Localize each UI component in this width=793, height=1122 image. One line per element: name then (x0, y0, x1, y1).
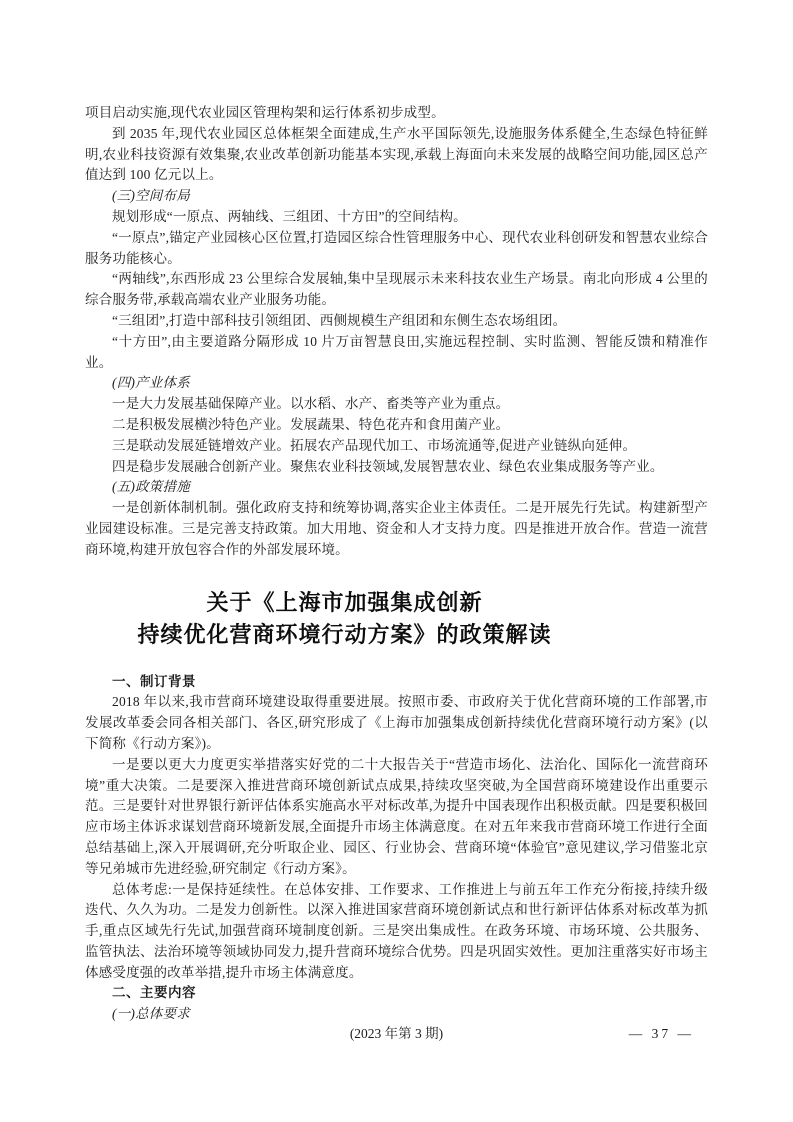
paragraph: 一是创新体制机制。强化政府支持和统筹协调,落实企业主体责任。二是开展先行先试。构… (85, 498, 708, 560)
article-title: 关于《上海市加强集成创新 持续优化营商环境行动方案》的政策解读 (33, 587, 656, 651)
paragraph: 规划形成“一原点、两轴线、三组团、十方田”的空间结构。 (85, 207, 708, 228)
subsection-heading: (三)空间布局 (85, 186, 708, 207)
article-title-line-1: 关于《上海市加强集成创新 (33, 587, 656, 619)
paragraph: “两轴线”,东西形成 23 公里综合发展轴,集中呈现展示未来科技农业生产场景。南… (85, 269, 708, 311)
subsection-heading: (四)产业体系 (85, 373, 708, 394)
paragraph: “三组团”,打造中部科技引领组团、西侧规模生产组团和东侧生态农场组团。 (85, 311, 708, 332)
subsection-heading: (一)总体要求 (85, 1004, 708, 1025)
section-heading: 一、制订背景 (85, 672, 708, 693)
paragraph: 2018 年以来,我市营商环境建设取得重要进展。按照市委、市政府关于优化营商环境… (85, 692, 708, 754)
policy-interpretation-section: 一、制订背景2018 年以来,我市营商环境建设取得重要进展。按照市委、市政府关于… (85, 672, 708, 1026)
paragraph: “一原点”,锚定产业园核心区位置,打造园区综合性管理服务中心、现代农业科创研发和… (85, 228, 708, 270)
subsection-heading: (五)政策措施 (85, 477, 708, 498)
document-page: 项目启动实施,现代农业园区管理构架和运行体系初步成型。到 2035 年,现代农业… (0, 0, 793, 1122)
paragraph: “十方田”,由主要道路分隔形成 10 片万亩智慧良田,实施远程控制、实时监测、智… (85, 332, 708, 374)
previous-article-overview-section: 项目启动实施,现代农业园区管理构架和运行体系初步成型。到 2035 年,现代农业… (85, 103, 708, 561)
page-footer: (2023 年第 3 期) — 37 — (85, 1023, 708, 1044)
section-heading: 二、主要内容 (85, 983, 708, 1004)
paragraph: 二是积极发展横沙特色产业。发展蔬果、特色花卉和食用菌产业。 (85, 415, 708, 436)
paragraph: 一是要以更大力度更实举措落实好党的二十大报告关于“营造市场化、法治化、国际化一流… (85, 755, 708, 880)
paragraph: 三是联动发展延链增效产业。拓展农产品现代加工、市场流通等,促进产业链纵向延伸。 (85, 436, 708, 457)
paragraph: 总体考虑:一是保持延续性。在总体安排、工作要求、工作推进上与前五年工作充分衔接,… (85, 880, 708, 984)
paragraph: 一是大力发展基础保障产业。以水稻、水产、畜类等产业为重点。 (85, 394, 708, 415)
footer-issue-label: (2023 年第 3 期) (85, 1023, 708, 1044)
article-title-line-2: 持续优化营商环境行动方案》的政策解读 (33, 619, 656, 651)
paragraph: 项目启动实施,现代农业园区管理构架和运行体系初步成型。 (85, 103, 708, 124)
page-body: 项目启动实施,现代农业园区管理构架和运行体系初步成型。到 2035 年,现代农业… (85, 103, 708, 1025)
paragraph: 到 2035 年,现代农业园区总体框架全面建成,生产水平国际领先,设施服务体系健… (85, 124, 708, 186)
paragraph: 四是稳步发展融合创新产业。聚焦农业科技领域,发展智慧农业、绿色农业集成服务等产业… (85, 457, 708, 478)
footer-page-number: — 37 — (629, 1023, 694, 1044)
